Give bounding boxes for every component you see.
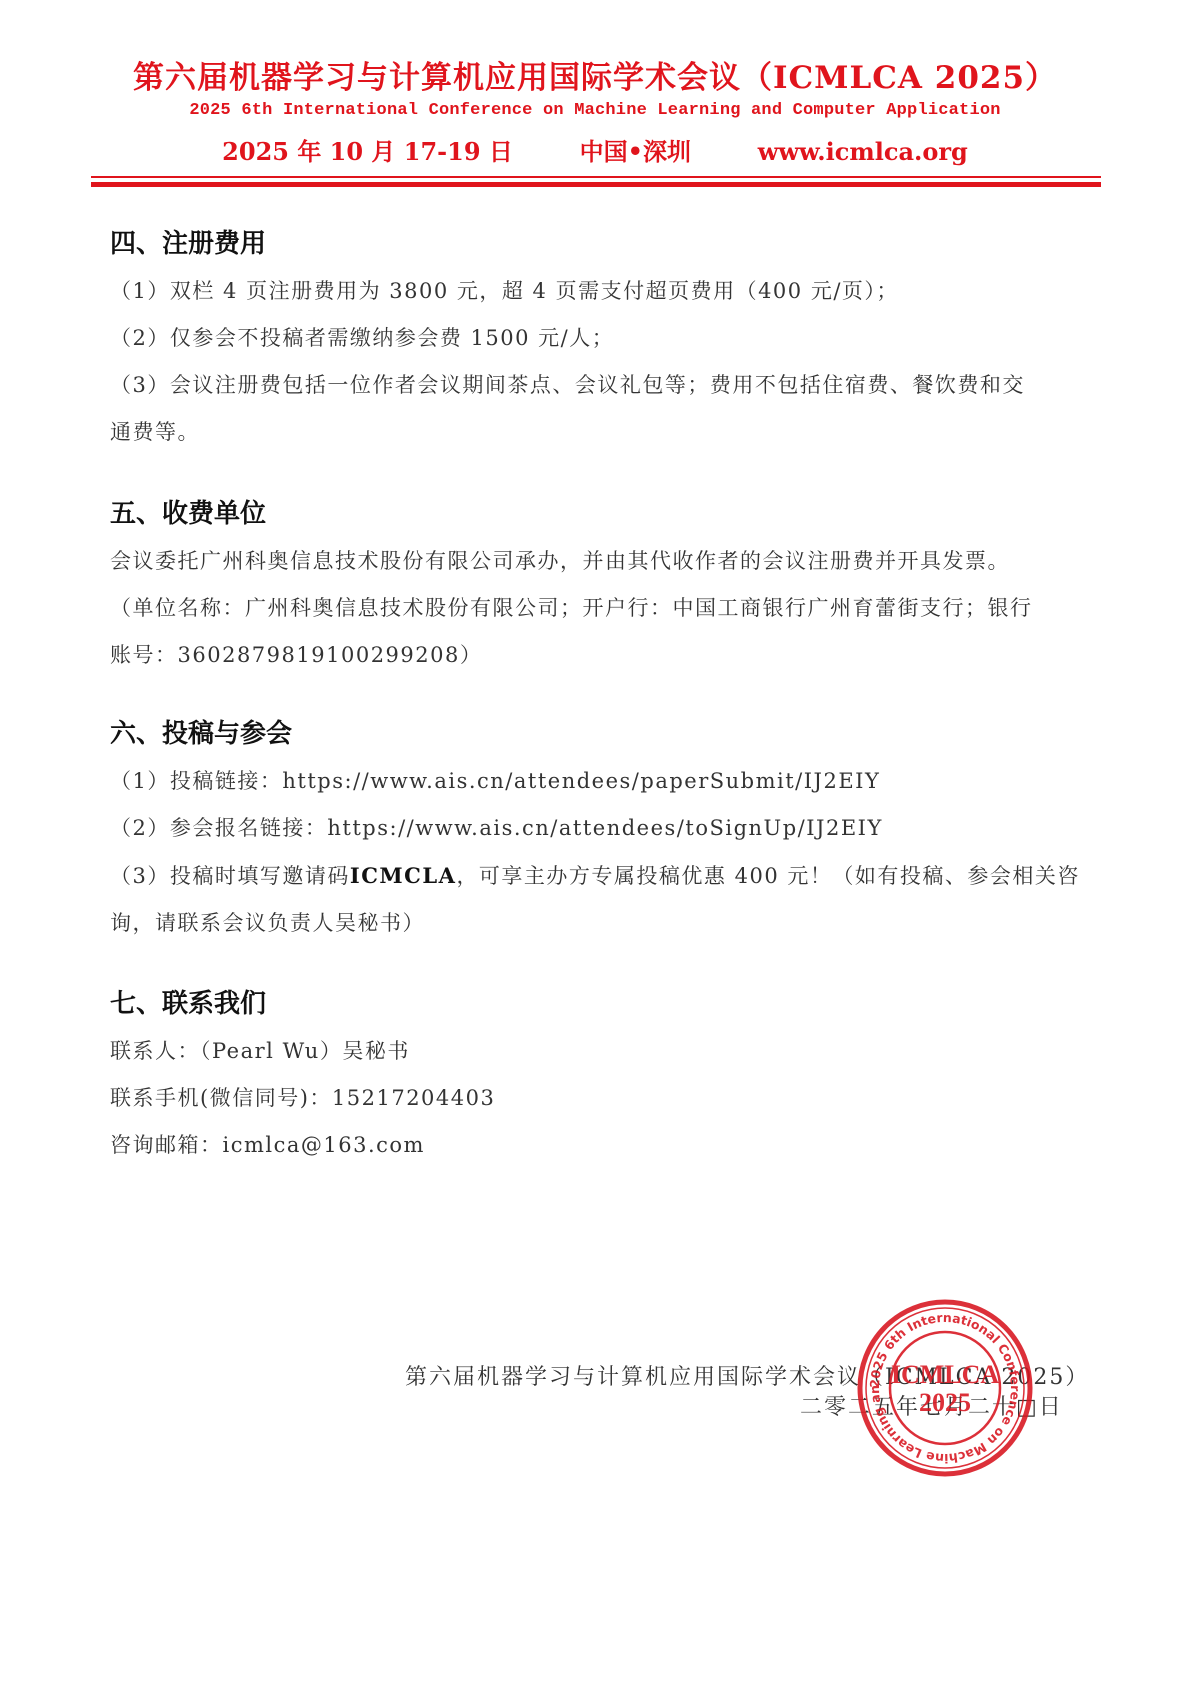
contact-phone: 联系手机(微信同号)：15217204403	[110, 1075, 495, 1122]
contact-person: 联系人：（Pearl Wu）吴秘书	[110, 1028, 495, 1075]
submission-label: （1）投稿链接：	[110, 769, 282, 793]
seal-center-year: 2025	[919, 1388, 971, 1417]
conference-title-en: 2025 6th International Conference on Mac…	[0, 101, 1190, 120]
section-submission: 六、投稿与参会 （1）投稿链接：https://www.ais.cn/atten…	[110, 710, 1080, 947]
conference-title-cn: 第六届机器学习与计算机应用国际学术会议（ICMLCA 2025）	[0, 52, 1190, 97]
invite-note-cont: 询，请联系会议负责人吴秘书）	[110, 900, 1080, 947]
submission-link[interactable]: https://www.ais.cn/attendees/paperSubmit…	[282, 769, 880, 793]
conference-date-location: 2025 年 10 月 17-19 日 中国•深圳 www.icmlca.org	[0, 132, 1190, 167]
invite-code: ICMCLA	[350, 863, 457, 888]
invite-note: ，可享主办方专属投稿优惠 400 元！（如有投稿、参会相关咨	[456, 864, 1079, 888]
fee-item-1: （1）双栏 4 页注册费用为 3800 元，超 4 页需支付超页费用（400 元…	[110, 268, 1025, 315]
official-seal-icon: 2025 6th International Conference on Mac…	[855, 1298, 1035, 1478]
section-title: 七、联系我们	[110, 980, 495, 1028]
fee-item-2: （2）仅参会不投稿者需缴纳参会费 1500 元/人；	[110, 315, 1025, 362]
section-contact: 七、联系我们 联系人：（Pearl Wu）吴秘书 联系手机(微信同号)：1521…	[110, 980, 495, 1169]
section-title: 四、注册费用	[110, 220, 1025, 268]
invite-label: （3）投稿时填写邀请码	[110, 864, 350, 888]
fee-item-3-cont: 通费等。	[110, 409, 1025, 456]
submission-link-line: （1）投稿链接：https://www.ais.cn/attendees/pap…	[110, 758, 1080, 805]
header-divider-thick	[91, 182, 1101, 187]
conference-location: 中国•深圳	[580, 132, 691, 167]
section-payee: 五、收费单位 会议委托广州科奥信息技术股份有限公司承办，并由其代收作者的会议注册…	[110, 490, 1033, 679]
invite-code-line: （3）投稿时填写邀请码ICMCLA，可享主办方专属投稿优惠 400 元！（如有投…	[110, 852, 1080, 900]
section-registration-fees: 四、注册费用 （1）双栏 4 页注册费用为 3800 元，超 4 页需支付超页费…	[110, 220, 1025, 456]
signup-label: （2）参会报名链接：	[110, 816, 327, 840]
fee-item-3: （3）会议注册费包括一位作者会议期间茶点、会议礼包等；费用不包括住宿费、餐饮费和…	[110, 362, 1025, 409]
conference-date: 2025 年 10 月 17-19 日	[222, 132, 513, 167]
payee-description: 会议委托广州科奥信息技术股份有限公司承办，并由其代收作者的会议注册费并开具发票。	[110, 538, 1033, 585]
payee-account-number: 账号：3602879819100299208）	[110, 632, 1033, 679]
signup-link[interactable]: https://www.ais.cn/attendees/toSignUp/IJ…	[327, 816, 882, 840]
section-title: 六、投稿与参会	[110, 710, 1080, 758]
section-title: 五、收费单位	[110, 490, 1033, 538]
conference-website[interactable]: www.icmlca.org	[758, 137, 968, 166]
signup-link-line: （2）参会报名链接：https://www.ais.cn/attendees/t…	[110, 805, 1080, 852]
contact-email[interactable]: 咨询邮箱：icmlca@163.com	[110, 1122, 495, 1169]
header-divider-thin	[91, 176, 1101, 178]
payee-bank-info: （单位名称：广州科奥信息技术股份有限公司；开户行：中国工商银行广州育蕾街支行；银…	[110, 585, 1033, 632]
seal-center-text: ICMLCA	[891, 1360, 1000, 1389]
